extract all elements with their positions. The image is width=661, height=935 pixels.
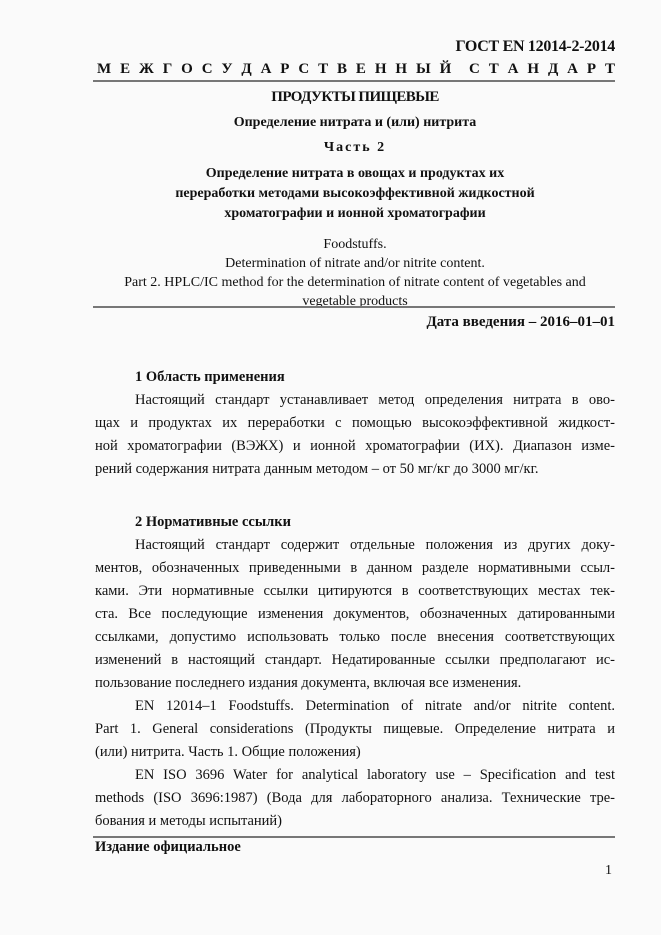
- text-line: ной хроматографии (ВЭЖХ) и ионной хромат…: [95, 435, 615, 458]
- text-line: рений содержания нитрата данным методом …: [95, 458, 615, 481]
- text-line: бования и методы испытаний): [95, 810, 615, 833]
- page-number: 1: [605, 863, 612, 879]
- title-long-line: хроматографии и ионной хроматографии: [95, 204, 615, 224]
- banner-letter: А: [567, 61, 578, 78]
- section-heading-scope: 1 Область применения: [135, 369, 285, 386]
- banner-letter: А: [261, 61, 272, 78]
- banner-letter: Й: [440, 61, 452, 78]
- text-line: ками. Эти нормативные ссылки цитируются …: [95, 580, 615, 603]
- banner-letter: Н: [527, 61, 539, 78]
- title-determination: Определение нитрата и (или) нитрита: [95, 115, 615, 131]
- text-line: ссылками, допустимо использовать только …: [95, 626, 615, 649]
- text-line: Part 1. General considerations (Продукты…: [95, 718, 615, 741]
- title-products: ПРОДУКТЫ ПИЩЕВЫЕ: [95, 89, 615, 106]
- text-line: ментов, обозначенных приведенными в данн…: [95, 557, 615, 580]
- section-body-scope: Настоящий стандарт устанавливает метод о…: [95, 389, 615, 481]
- title-english-line: Foodstuffs.: [95, 235, 615, 254]
- gost-code: ГОСТ EN 12014-2-2014: [455, 38, 615, 56]
- text-line: ста. Все последующие изменения документо…: [95, 603, 615, 626]
- interstate-standard-banner: МЕЖГОСУДАРСТВЕННЫЙ СТАНДАРТ: [97, 61, 615, 78]
- banner-letter: У: [221, 61, 232, 78]
- title-long-line: переработки методами высокоэффективной ж…: [95, 184, 615, 204]
- banner-letter: Д: [548, 61, 558, 78]
- reference-en-iso-3696: EN ISO 3696 Water for analytical laborat…: [95, 764, 615, 787]
- footer-rule: [93, 836, 615, 838]
- title-english-line: Determination of nitrate and/or nitrite …: [95, 254, 615, 273]
- text-line: изменений в настоящий стандарт. Недатиро…: [95, 649, 615, 672]
- banner-letter: С: [469, 61, 480, 78]
- text-line: Настоящий стандарт устанавливает метод о…: [95, 389, 615, 412]
- text-line: щах и продуктах их переработки с помощью…: [95, 412, 615, 435]
- banner-letter: Е: [120, 61, 130, 78]
- banner-letter: М: [97, 61, 111, 78]
- official-edition-label: Издание официальное: [95, 839, 241, 856]
- section-body-normative-references: Настоящий стандарт содержит отдельные по…: [95, 534, 615, 833]
- title-rule: [93, 306, 615, 308]
- title-english-line: vegetable products: [95, 292, 615, 311]
- banner-letter: О: [181, 61, 193, 78]
- text-line: пользование последнего издания документа…: [95, 672, 615, 695]
- banner-letter: Е: [356, 61, 366, 78]
- banner-letter: А: [508, 61, 519, 78]
- banner-letter: Ы: [416, 61, 431, 78]
- title-long: Определение нитрата в овощах и продуктах…: [95, 164, 615, 224]
- banner-letter: Т: [605, 61, 615, 78]
- reference-en-12014-1: EN 12014–1 Foodstuffs. Determination of …: [95, 695, 615, 718]
- title-english: Foodstuffs. Determination of nitrate and…: [95, 235, 615, 311]
- banner-letter: С: [202, 61, 213, 78]
- header-rule: [93, 80, 615, 82]
- banner-letter: Д: [241, 61, 251, 78]
- banner-letter: Р: [587, 61, 596, 78]
- banner-letter: Ж: [139, 61, 154, 78]
- banner-letter: Г: [163, 61, 173, 78]
- banner-letter: Т: [318, 61, 328, 78]
- banner-letter: С: [298, 61, 309, 78]
- banner-letter: Н: [375, 61, 387, 78]
- text-line: (или) нитрита. Часть 1. Общие положения): [95, 741, 615, 764]
- title-long-line: Определение нитрата в овощах и продуктах…: [95, 164, 615, 184]
- banner-letter: В: [337, 61, 347, 78]
- title-part: Часть 2: [95, 140, 615, 156]
- title-english-line: Part 2. HPLC/IC method for the determina…: [95, 273, 615, 292]
- section-heading-normative-references: 2 Нормативные ссылки: [135, 514, 291, 531]
- text-line: Настоящий стандарт содержит отдельные по…: [95, 534, 615, 557]
- banner-letter: Р: [280, 61, 289, 78]
- banner-letter: Т: [489, 61, 499, 78]
- banner-letter: Н: [395, 61, 407, 78]
- date-of-introduction: Дата введения – 2016–01–01: [426, 314, 615, 331]
- text-line: methods (ISO 3696:1987) (Вода для лабора…: [95, 787, 615, 810]
